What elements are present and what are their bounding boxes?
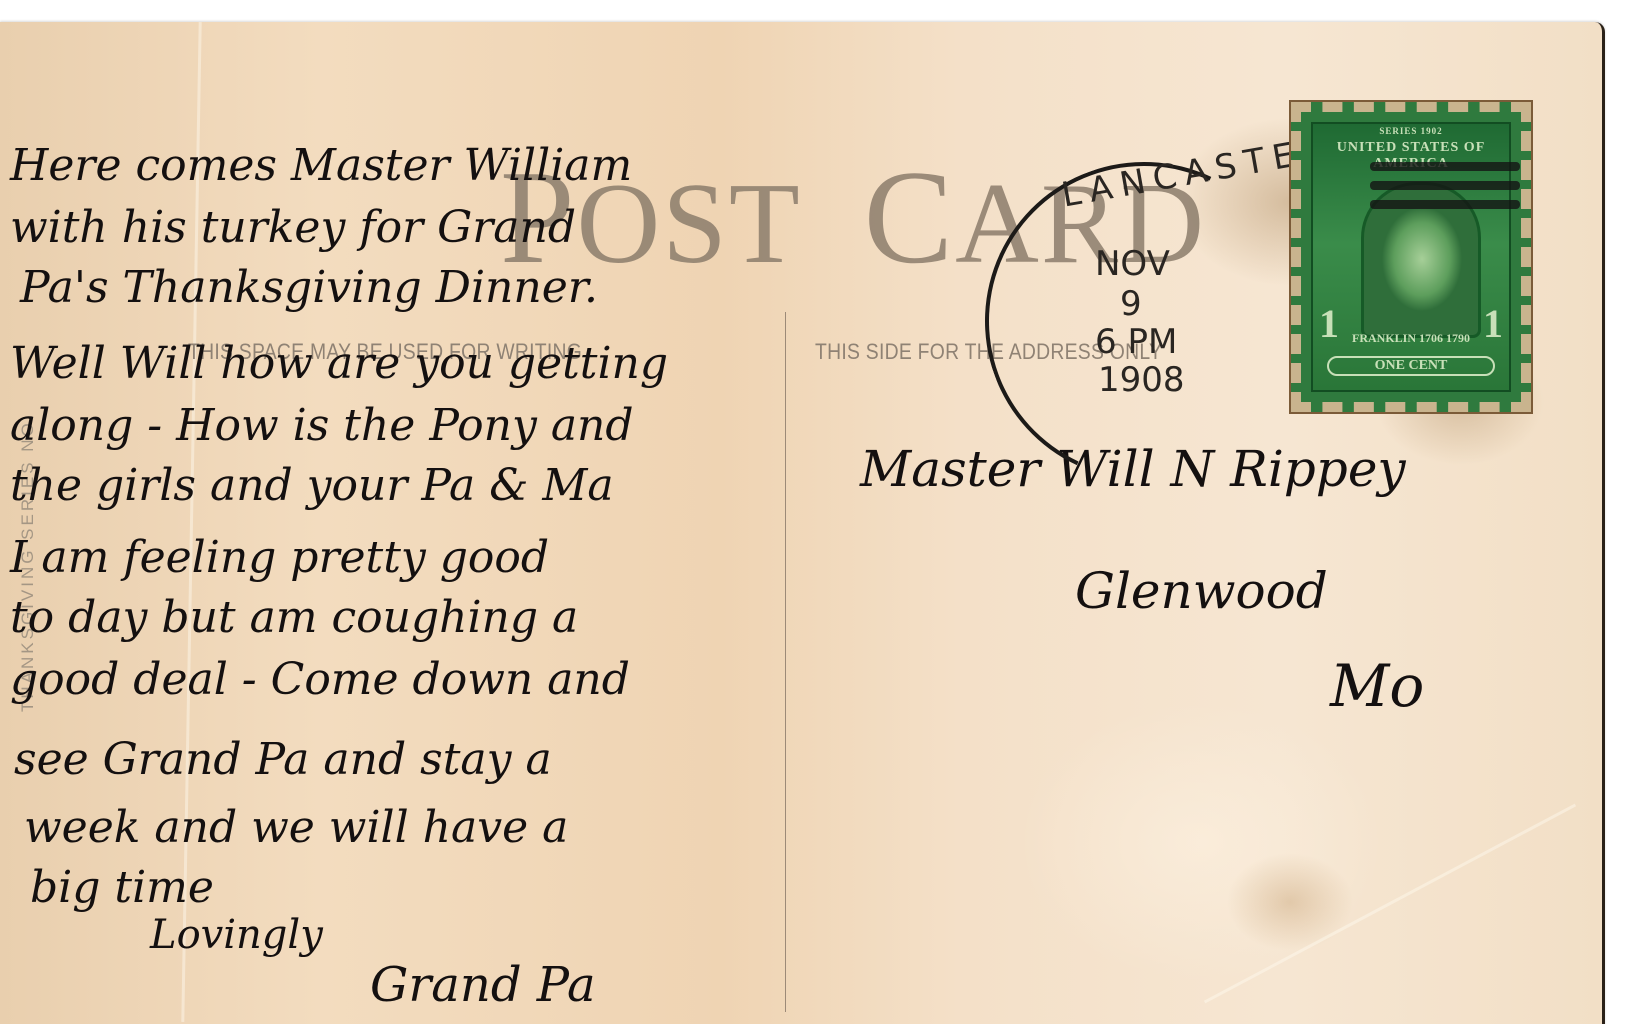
stamp-name: FRANKLIN 1706 1790 bbox=[1313, 331, 1509, 346]
address-state: Mo bbox=[1330, 652, 1424, 720]
postmark-time: 6 PM bbox=[1095, 322, 1177, 362]
message-line: good deal - Come down and bbox=[10, 654, 630, 705]
message-line: week and we will have a bbox=[24, 802, 568, 853]
stamp-subject: FRANKLIN bbox=[1352, 331, 1416, 345]
postcard: POST CARD THIS SPACE MAY BE USED FOR WRI… bbox=[0, 22, 1605, 1024]
title-letter: C bbox=[864, 143, 955, 291]
postmark-day: 9 bbox=[1120, 284, 1142, 324]
message-signature: Grand Pa bbox=[370, 957, 596, 1013]
message-line: Well Will how are you getting bbox=[10, 338, 668, 389]
cancellation-bars bbox=[1370, 162, 1520, 242]
postmark-month: NOV bbox=[1095, 244, 1170, 284]
stamp-years: 1706 1790 bbox=[1419, 331, 1470, 345]
postage-stamp: SERIES 1902 UNITED STATES OF AMERICA 1 1… bbox=[1291, 102, 1531, 412]
paper-crease bbox=[1204, 804, 1576, 1004]
stamp-series: SERIES 1902 bbox=[1313, 126, 1509, 136]
postmark-year: 1908 bbox=[1098, 360, 1185, 400]
message-line: Pa's Thanksgiving Dinner. bbox=[20, 262, 598, 313]
message-line: with his turkey for Grand bbox=[10, 202, 576, 253]
stamp-value: ONE CENT bbox=[1327, 356, 1495, 376]
address-city: Glenwood bbox=[1075, 562, 1328, 620]
message-closing: Lovingly bbox=[150, 912, 323, 958]
message-line: along - How is the Pony and bbox=[10, 400, 634, 451]
message-line: to day but am coughing a bbox=[10, 592, 578, 643]
message-line: Here comes Master William bbox=[10, 140, 632, 191]
center-divider bbox=[785, 312, 786, 1012]
message-line: I am feeling pretty good bbox=[10, 532, 549, 583]
message-line: big time bbox=[30, 862, 214, 913]
message-line: see Grand Pa and stay a bbox=[14, 734, 552, 785]
message-line: the girls and your Pa & Ma bbox=[10, 460, 614, 511]
